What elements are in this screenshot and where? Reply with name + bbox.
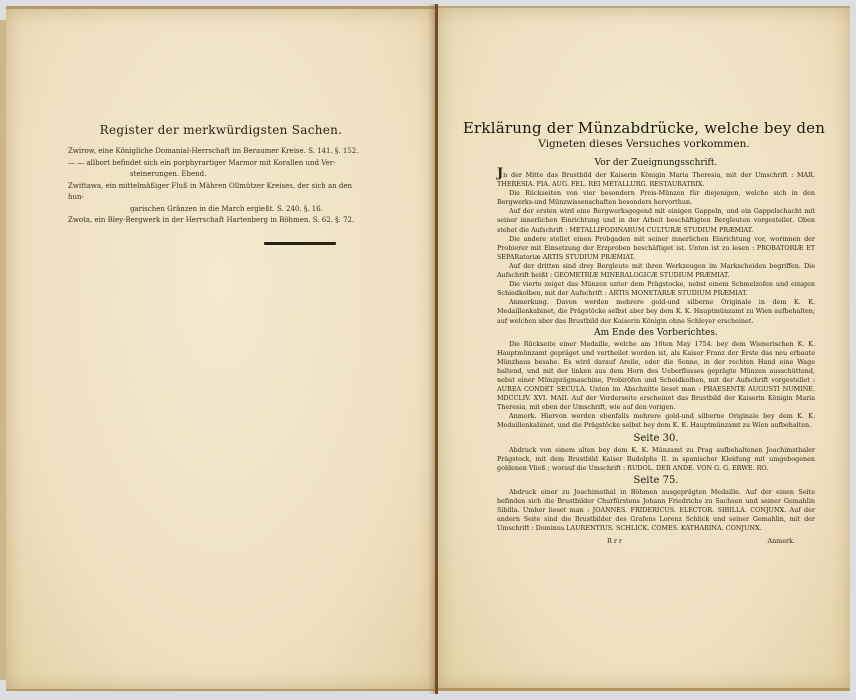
paragraph: Abdruck von einem alten bey dem K. K. Mü… [497, 446, 815, 473]
register-entry-text: Zwota, ein Bley-Bergwerk in der Herrscha… [68, 216, 354, 224]
register-entries: Zwirow, eine Königliche Domanial-Herrsch… [68, 146, 368, 227]
page-title: Erklärung der Münzabdrücke, welche bey d… [438, 120, 850, 151]
register-entry-continuation: garischen Gränzen in die March ergießt. … [68, 204, 368, 216]
title-line-2: Vigneten dieses Versuches vorkommen. [438, 137, 850, 151]
section-heading: Vor der Zueignungsschrift. [497, 157, 815, 170]
register-entry: — — allbort befindet sich ein porphyrart… [68, 158, 368, 181]
paragraph: Anmerkung. Davon werden mehrere gold-und… [497, 298, 815, 325]
paragraph: Die Rückseite einer Medaille, welche am … [497, 340, 815, 413]
page-body: Vor der Zueignungsschrift. Jn der Mitte … [497, 156, 815, 546]
register-title: Register der merkwürdigsten Sachen. [6, 123, 436, 137]
paragraph: Jn der Mitte das Brustbild der Kaiserin … [497, 170, 815, 189]
catchword: Anmerk. [767, 537, 795, 546]
end-rule [264, 242, 336, 245]
paragraph: Die Rückseiten von vier besondern Preis-… [497, 189, 815, 207]
register-entry: Zwirow, eine Königliche Domanial-Herrsch… [68, 146, 368, 158]
paragraph: Die vierte zeiget das Münzen unter dem P… [497, 280, 815, 298]
register-entry-text: Zwirow, eine Königliche Domanial-Herrsch… [68, 147, 358, 155]
paragraph: Die andere stellet einen Probgaden mit s… [497, 235, 815, 262]
register-entry-text: — — allbort befindet sich ein porphyrart… [68, 159, 335, 167]
right-page: Erklärung der Münzabdrücke, welche bey d… [438, 6, 850, 691]
title-line-1: Erklärung der Münzabdrücke, welche bey d… [438, 120, 850, 137]
register-entry-continuation: steinerungen. Ebend. [68, 169, 368, 181]
page-footer: R r r Anmerk. [497, 533, 815, 546]
paragraph: Anmerk. Hiervon werden ebenfalls mehrere… [497, 412, 815, 430]
book-spread: Register der merkwürdigsten Sachen. Zwir… [0, 0, 856, 700]
register-entry: Zwota, ein Bley-Bergwerk in der Herrscha… [68, 215, 368, 227]
section-heading: Am Ende des Vorberichtes. [497, 327, 815, 340]
section-heading: Seite 30. [497, 432, 815, 446]
paragraph: Auf der ersten wird eine Bergwerksgegend… [497, 207, 815, 234]
left-page: Register der merkwürdigsten Sachen. Zwir… [6, 6, 436, 691]
register-entry: Zwittawa, ein mittelmäßiger Fluß in Mähr… [68, 181, 368, 216]
section-heading: Seite 75. [497, 474, 815, 488]
paragraph: Abdruck einer zu Joachimsthal in Böhmen … [497, 488, 815, 533]
paragraph: Auf der dritten sind drey Bergleute mit … [497, 262, 815, 280]
signature-mark: R r r [607, 537, 622, 546]
register-entry-text: Zwittawa, ein mittelmäßiger Fluß in Mähr… [68, 182, 352, 202]
